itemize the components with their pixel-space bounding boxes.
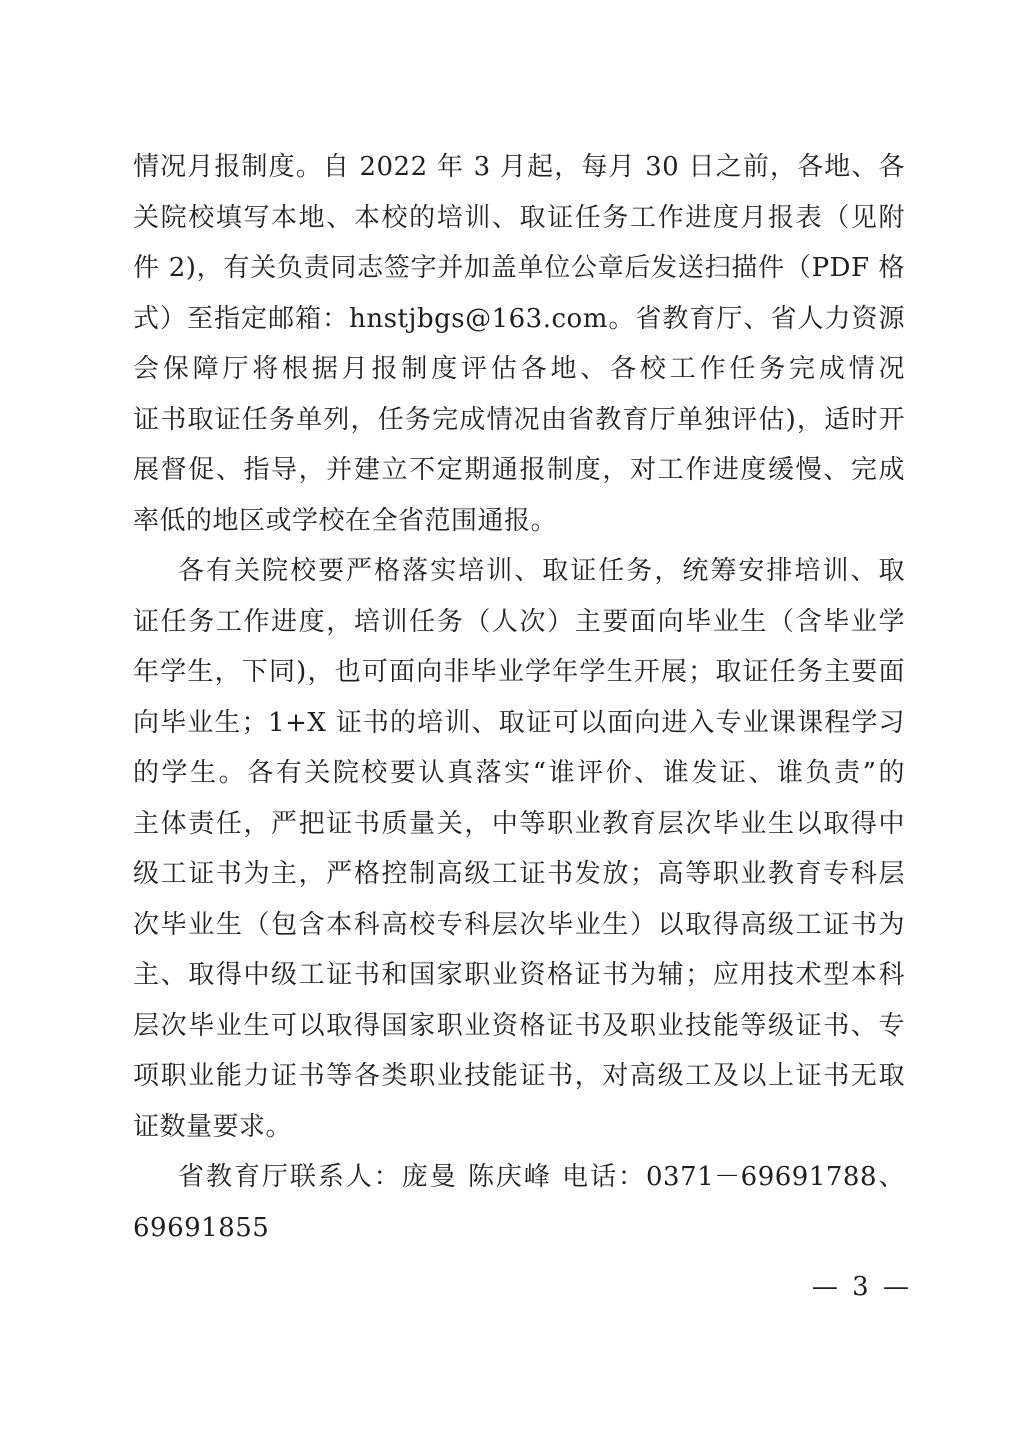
text-line: 各有关院校要严格落实培训、取证任务，统筹安排培训、取 [133, 546, 905, 597]
text-line: 省教育厅联系人：庞曼 陈庆峰 电话：0371－69691788、 [133, 1152, 905, 1203]
text-line: 的学生。各有关院校要认真落实“谁评价、谁发证、谁负责”的 [133, 748, 905, 799]
text-line: 层次毕业生可以取得国家职业资格证书及职业技能等级证书、专 [133, 1001, 905, 1052]
text-line: 年学生，下同)，也可面向非毕业学年学生开展；取证任务主要面 [133, 647, 905, 698]
text-line: 主体责任，严把证书质量关，中等职业教育层次毕业生以取得中 [133, 799, 905, 850]
document-body: 情况月报制度。自 2022 年 3 月起，每月 30 日之前，各地、各有 关院校… [133, 142, 905, 1253]
page-number: — 3 — [812, 1272, 912, 1302]
text-line: 次毕业生（包含本科高校专科层次毕业生）以取得高级工证书为 [133, 900, 905, 951]
text-line: 情况月报制度。自 2022 年 3 月起，每月 30 日之前，各地、各有 [133, 142, 905, 193]
text-line: 证书取证任务单列，任务完成情况由省教育厅单独评估)，适时开 [133, 395, 905, 446]
text-line: 向毕业生；1+X 证书的培训、取证可以面向进入专业课课程学习 [133, 698, 905, 749]
text-line: 展督促、指导，并建立不定期通报制度，对工作进度缓慢、完成 [133, 445, 905, 496]
paragraph-contact: 省教育厅联系人：庞曼 陈庆峰 电话：0371－69691788、 6969185… [133, 1152, 905, 1253]
text-line: 主、取得中级工证书和国家职业资格证书为辅；应用技术型本科 [133, 950, 905, 1001]
document-page: 情况月报制度。自 2022 年 3 月起，每月 30 日之前，各地、各有 关院校… [0, 0, 1024, 1448]
text-line: 项职业能力证书等各类职业技能证书，对高级工及以上证书无取 [133, 1051, 905, 1102]
text-line: 证数量要求。 [133, 1102, 905, 1153]
paragraph-continuation: 情况月报制度。自 2022 年 3 月起，每月 30 日之前，各地、各有 关院校… [133, 142, 905, 546]
text-line: 式）至指定邮箱：hnstjbgs@163.com。省教育厅、省人力资源社 [133, 294, 905, 345]
text-line: 级工证书为主，严格控制高级工证书发放；高等职业教育专科层 [133, 849, 905, 900]
text-line: 率低的地区或学校在全省范围通报。 [133, 496, 905, 547]
text-line: 会保障厅将根据月报制度评估各地、各校工作任务完成情况（1+X [133, 344, 905, 395]
text-line: 69691855 [133, 1203, 905, 1254]
text-line: 关院校填写本地、本校的培训、取证任务工作进度月报表（见附 [133, 193, 905, 244]
paragraph-main: 各有关院校要严格落实培训、取证任务，统筹安排培训、取 证任务工作进度，培训任务（… [133, 546, 905, 1152]
text-line: 证任务工作进度，培训任务（人次）主要面向毕业生（含毕业学 [133, 597, 905, 648]
text-line: 件 2)，有关负责同志签字并加盖单位公章后发送扫描件（PDF 格 [133, 243, 905, 294]
